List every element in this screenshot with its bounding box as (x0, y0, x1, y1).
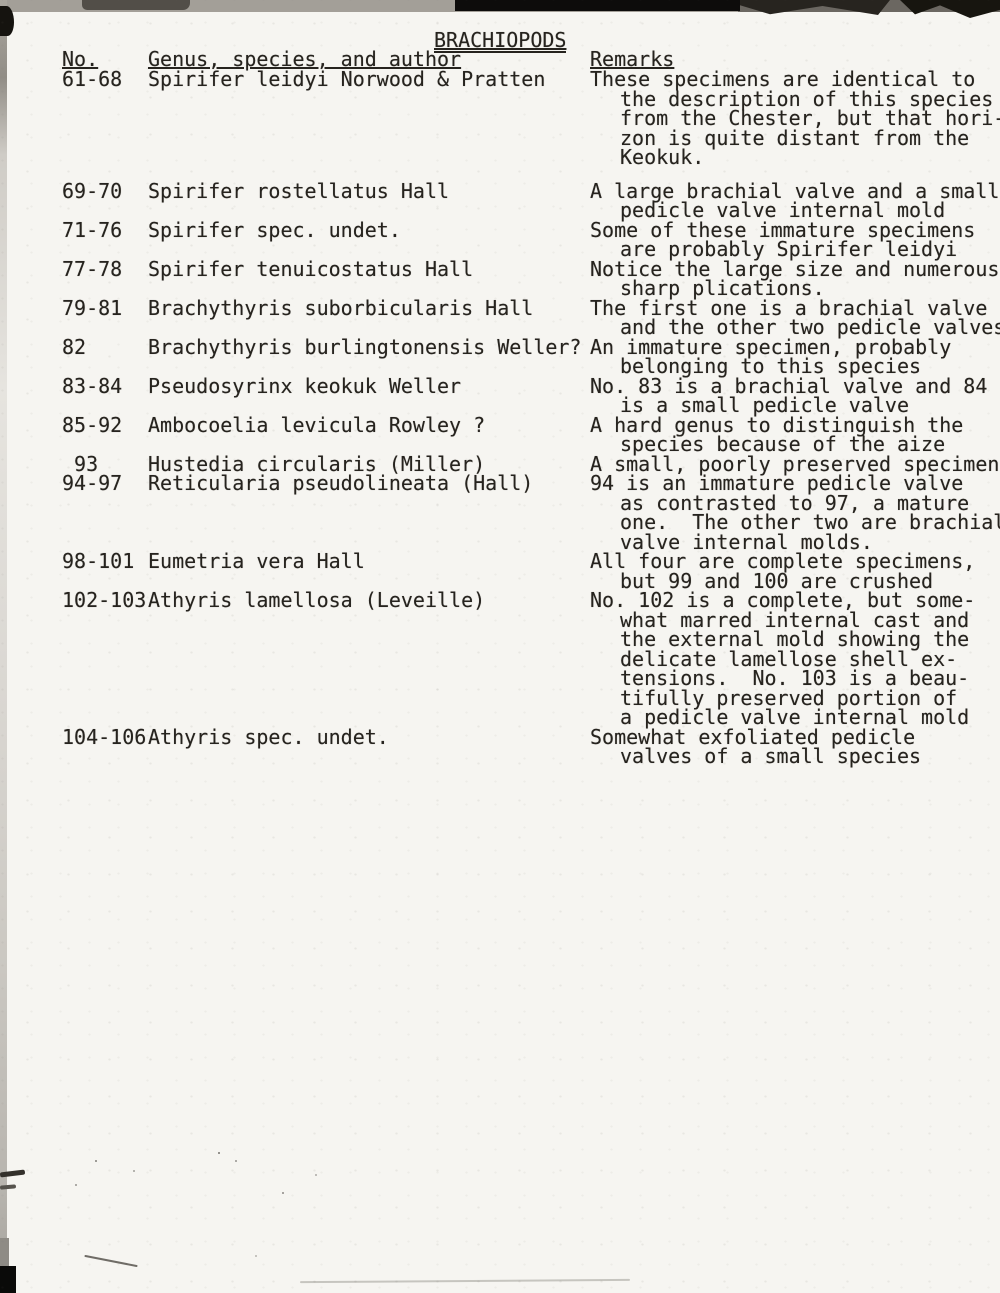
table-row: 71-76 Spirifer spec. undet. Some of thes… (62, 221, 1000, 260)
specimen-name: Spirifer leidyi Norwood & Pratten (148, 70, 590, 90)
specimen-name: Eumetria vera Hall (148, 552, 590, 572)
table-row: 82 Brachythyris burlingtonensis Weller? … (62, 338, 1000, 377)
table-row: 69-70 Spirifer rostellatus Hall A large … (62, 182, 1000, 221)
typewritten-page: BRACHIOPODS No. Genus, species, and auth… (0, 0, 1000, 1293)
table-row: 94-97 Reticularia pseudolineata (Hall) 9… (62, 474, 1000, 552)
specimen-remarks: A large brachial valve and a small pedic… (590, 182, 1000, 221)
specimen-name: Spirifer tenuicostatus Hall (148, 260, 590, 280)
specimen-name: Spirifer spec. undet. (148, 221, 590, 241)
specimen-number: 104-106 (62, 728, 148, 748)
specimen-remarks: No. 102 is a complete, but some- what ma… (590, 591, 1000, 728)
specimen-remarks: All four are complete specimens, but 99 … (590, 552, 1000, 591)
specimen-remarks: A hard genus to distinguish the species … (590, 416, 1000, 455)
specimen-name: Athyris lamellosa (Leveille) (148, 591, 590, 611)
specimen-name: Athyris spec. undet. (148, 728, 590, 748)
specimen-remarks: These specimens are identical to the des… (590, 70, 1000, 168)
specimen-number: 94-97 (62, 474, 148, 494)
specimen-name: Pseudosyrinx keokuk Weller (148, 377, 590, 397)
table-row: 77-78 Spirifer tenuicostatus Hall Notice… (62, 260, 1000, 299)
specimen-remarks: 94 is an immature pedicle valve as contr… (590, 474, 1000, 552)
specimen-remarks: An immature specimen, probably belonging… (590, 338, 1000, 377)
table-row: 61-68 Spirifer leidyi Norwood & Pratten … (62, 70, 1000, 168)
specimen-number: 83-84 (62, 377, 148, 397)
table-row: 102-103 Athyris lamellosa (Leveille) No.… (62, 591, 1000, 728)
specimen-number: 102-103 (62, 591, 148, 611)
specimen-number: 71-76 (62, 221, 148, 241)
specimen-remarks: No. 83 is a brachial valve and 84 is a s… (590, 377, 1000, 416)
specimen-number: 85-92 (62, 416, 148, 436)
specimen-remarks: Somewhat exfoliated pedicle valves of a … (590, 728, 1000, 767)
specimen-table: 61-68 Spirifer leidyi Norwood & Pratten … (62, 70, 1000, 767)
table-row: 85-92 Ambocoelia levicula Rowley ? A har… (62, 416, 1000, 455)
specimen-name: Reticularia pseudolineata (Hall) (148, 474, 590, 494)
specimen-name: Brachythyris suborbicularis Hall (148, 299, 590, 319)
specimen-number: 77-78 (62, 260, 148, 280)
specimen-remarks: Some of these immature specimens are pro… (590, 221, 1000, 260)
specimen-name: Spirifer rostellatus Hall (148, 182, 590, 202)
table-row: 79-81 Brachythyris suborbicularis Hall T… (62, 299, 1000, 338)
table-row: 83-84 Pseudosyrinx keokuk Weller No. 83 … (62, 377, 1000, 416)
specimen-remarks: Notice the large size and numerous sharp… (590, 260, 1000, 299)
specimen-number: 82 (62, 338, 148, 358)
specimen-remarks: The first one is a brachial valve and th… (590, 299, 1000, 338)
specimen-number: 79-81 (62, 299, 148, 319)
specimen-number: 69-70 (62, 182, 148, 202)
table-row: 104-106 Athyris spec. undet. Somewhat ex… (62, 728, 1000, 767)
specimen-name: Ambocoelia levicula Rowley ? (148, 416, 590, 436)
table-row: 98-101 Eumetria vera Hall All four are c… (62, 552, 1000, 591)
specimen-number: 98-101 (62, 552, 148, 572)
specimen-number: 61-68 (62, 70, 148, 90)
specimen-name: Brachythyris burlingtonensis Weller? (148, 338, 590, 358)
